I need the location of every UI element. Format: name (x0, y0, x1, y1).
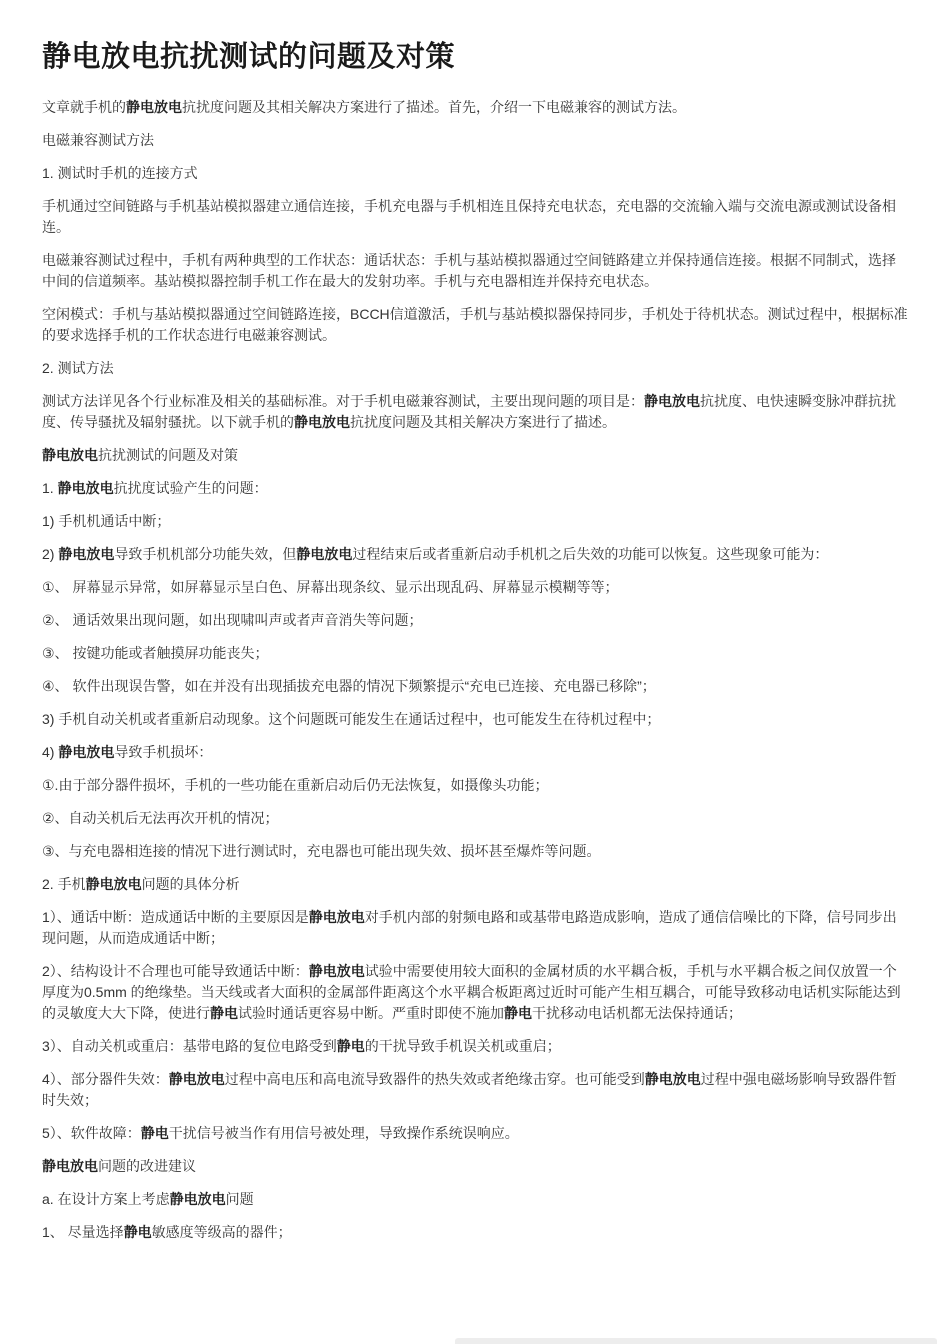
paragraph: 2) 静电放电导致手机机部分功能失效，但静电放电过程结束后或者重新启动手机机之后… (42, 544, 908, 565)
article-body: 文章就手机的静电放电抗扰度问题及其相关解决方案进行了描述。首先，介绍一下电磁兼容… (42, 97, 908, 1243)
paragraph: 1、 尽量选择静电敏感度等级高的器件； (42, 1222, 908, 1243)
paragraph: ②、 通话效果出现问题，如出现啸叫声或者声音消失等问题； (42, 610, 908, 631)
paragraph: ③、与充电器相连接的情况下进行测试时，充电器也可能出现失效、损坏甚至爆炸等问题。 (42, 841, 908, 862)
paragraph: 手机通过空间链路与手机基站模拟器建立通信连接，手机充电器与手机相连且保持充电状态… (42, 196, 908, 238)
paragraph: 电磁兼容测试过程中，手机有两种典型的工作状态：通话状态：手机与基站模拟器通过空间… (42, 250, 908, 292)
paragraph: 1）、通话中断：造成通话中断的主要原因是静电放电对手机内部的射频电路和或基带电路… (42, 907, 908, 949)
paragraph: 4) 静电放电导致手机损坏： (42, 742, 908, 763)
paragraph: 1. 测试时手机的连接方式 (42, 163, 908, 184)
paragraph: ②、自动关机后无法再次开机的情况； (42, 808, 908, 829)
article-page: 静电放电抗扰测试的问题及对策 文章就手机的静电放电抗扰度问题及其相关解决方案进行… (0, 40, 950, 1243)
paragraph: 电磁兼容测试方法 (42, 130, 908, 151)
paragraph: 2. 测试方法 (42, 358, 908, 379)
paragraph: 4）、部分器件失效：静电放电过程中高电压和高电流导致器件的热失效或者绝缘击穿。也… (42, 1069, 908, 1111)
paragraph: a. 在设计方案上考虑静电放电问题 (42, 1189, 908, 1210)
paragraph: 1) 手机机通话中断； (42, 511, 908, 532)
paragraph: 静电放电抗扰测试的问题及对策 (42, 445, 908, 466)
paragraph: 文章就手机的静电放电抗扰度问题及其相关解决方案进行了描述。首先，介绍一下电磁兼容… (42, 97, 908, 118)
paragraph: ①、 屏幕显示异常，如屏幕显示呈白色、屏幕出现条纹、显示出现乱码、屏幕显示模糊等… (42, 577, 908, 598)
paragraph: ③、 按键功能或者触摸屏功能丧失； (42, 643, 908, 664)
paragraph: 空闲模式：手机与基站模拟器通过空间链路连接，BCCH信道激活，手机与基站模拟器保… (42, 304, 908, 346)
paragraph: ①.由于部分器件损坏，手机的一些功能在重新启动后仍无法恢复，如摄像头功能； (42, 775, 908, 796)
paragraph: 静电放电问题的改进建议 (42, 1156, 908, 1177)
paragraph: 2. 手机静电放电问题的具体分析 (42, 874, 908, 895)
paragraph: 5）、软件故障：静电干扰信号被当作有用信号被处理，导致操作系统误响应。 (42, 1123, 908, 1144)
paragraph: 1. 静电放电抗扰度试验产生的问题： (42, 478, 908, 499)
page-title: 静电放电抗扰测试的问题及对策 (42, 40, 908, 75)
paragraph: 3) 手机自动关机或者重新启动现象。这个问题既可能发生在通话过程中，也可能发生在… (42, 709, 908, 730)
paragraph: 3）、自动关机或重启：基带电路的复位电路受到静电的干扰导致手机误关机或重启； (42, 1036, 908, 1057)
paragraph: ④、 软件出现误告警，如在并没有出现插拔充电器的情况下频繁提示“充电已连接、充电… (42, 676, 908, 697)
bottom-cutoff-strip (455, 1338, 937, 1344)
paragraph: 测试方法详见各个行业标准及相关的基础标准。对于手机电磁兼容测试，主要出现问题的项… (42, 391, 908, 433)
paragraph: 2）、结构设计不合理也可能导致通话中断：静电放电试验中需要使用较大面积的金属材质… (42, 961, 908, 1024)
